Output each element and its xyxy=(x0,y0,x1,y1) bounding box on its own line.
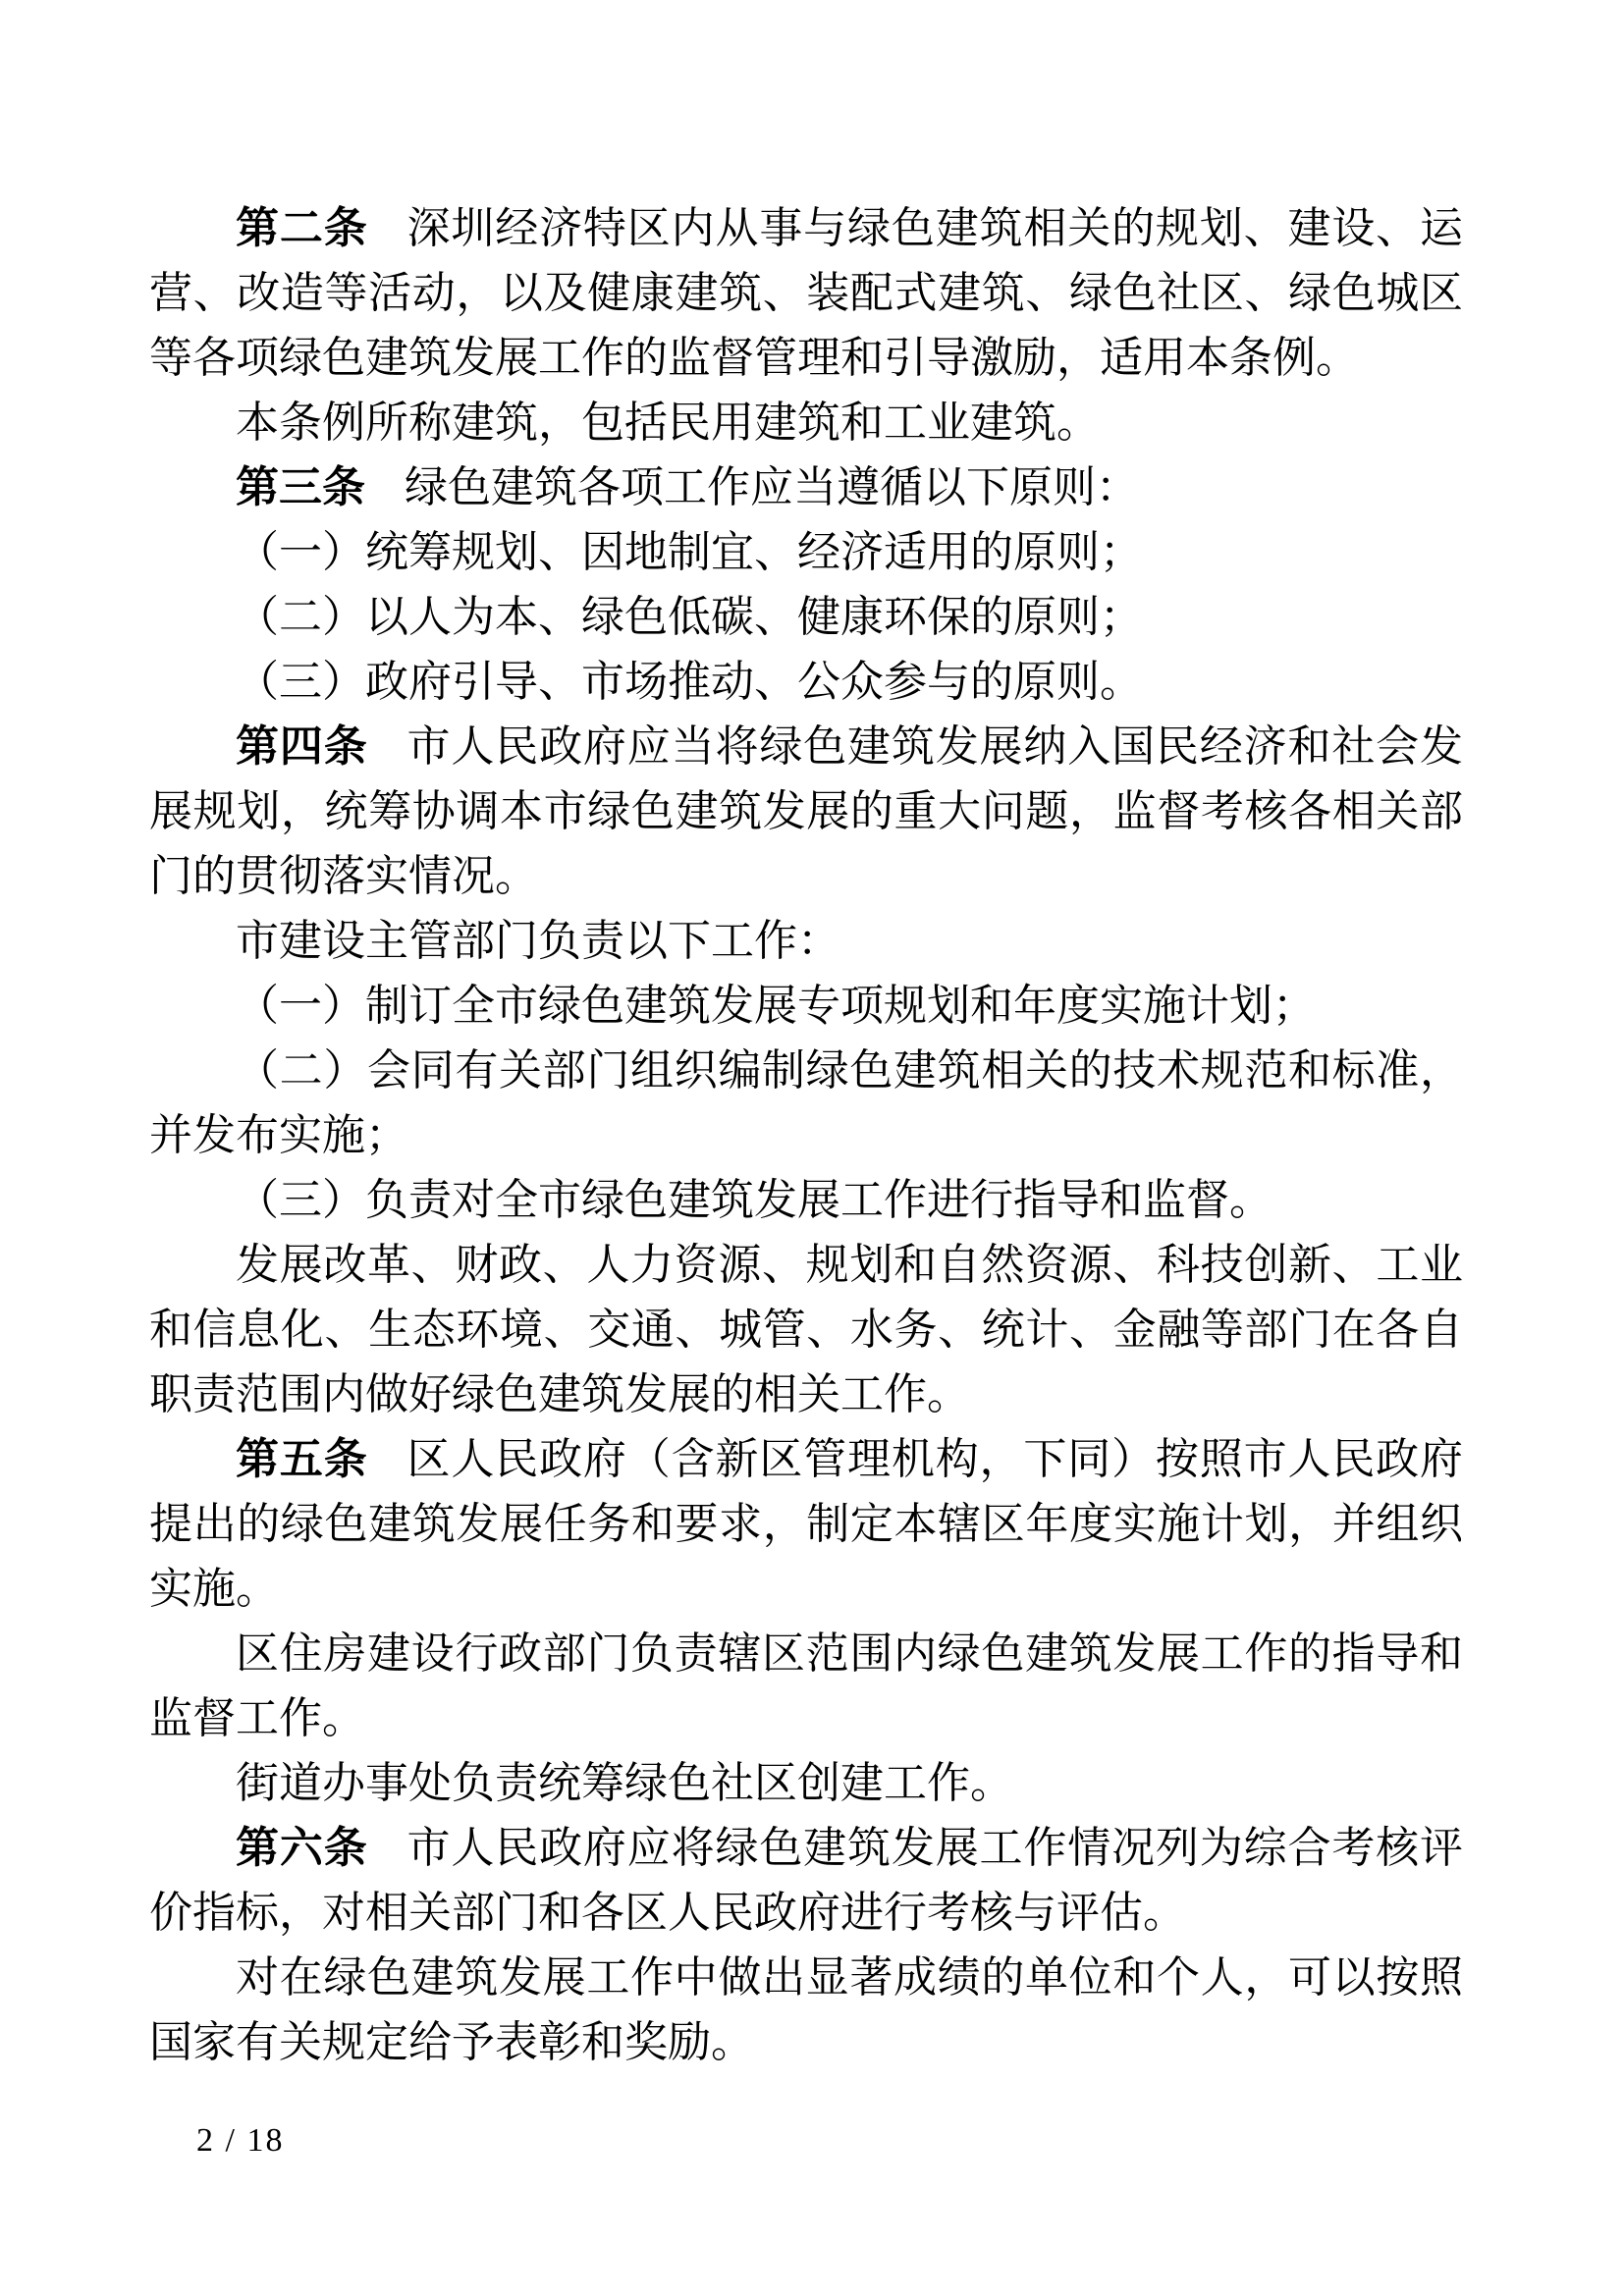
line-text: 发展改革、财政、人力资源、规划和自然资源、科技创新、工业 xyxy=(236,1241,1463,1289)
document-line: 市建设主管部门负责以下工作： xyxy=(149,909,1463,974)
document-line: 对在绿色建筑发展工作中做出显著成绩的单位和个人，可以按照 xyxy=(149,1946,1463,2010)
line-text: 展规划，统筹协调本市绿色建筑发展的重大问题，监督考核各相关部 xyxy=(149,787,1463,835)
document-line: 第二条深圳经济特区内从事与绿色建筑相关的规划、建设、运 xyxy=(149,196,1463,261)
line-text: 区人民政府（含新区管理机构，下同）按照市人民政府 xyxy=(407,1435,1463,1483)
document-line: 展规划，统筹协调本市绿色建筑发展的重大问题，监督考核各相关部 xyxy=(149,779,1463,844)
line-text: 街道办事处负责统筹绿色社区创建工作。 xyxy=(236,1759,1013,1807)
article-number: 第三条 xyxy=(236,463,365,511)
line-text: 职责范围内做好绿色建筑发展的相关工作。 xyxy=(149,1370,970,1418)
document-line: 国家有关规定给予表彰和奖励。 xyxy=(149,2010,1463,2075)
line-text: 实施。 xyxy=(149,1565,279,1613)
line-text: 营、改造等活动，以及健康建筑、装配式建筑、绿色社区、绿色城区 xyxy=(149,269,1463,317)
line-text: 和信息化、生态环境、交通、城管、水务、统计、金融等部门在各自 xyxy=(149,1306,1463,1354)
document-line: 门的贯彻落实情况。 xyxy=(149,844,1463,909)
document-line: 本条例所称建筑，包括民用建筑和工业建筑。 xyxy=(149,391,1463,455)
line-text: （二）会同有关部门组织编制绿色建筑相关的技术规范和标准， xyxy=(236,1046,1463,1095)
line-text: 市人民政府应当将绿色建筑发展纳入国民经济和社会发 xyxy=(407,722,1463,771)
document-page: 第二条深圳经济特区内从事与绿色建筑相关的规划、建设、运营、改造等活动，以及健康建… xyxy=(0,0,1624,2296)
article-number: 第四条 xyxy=(236,722,368,771)
document-line: （二）会同有关部门组织编制绿色建筑相关的技术规范和标准， xyxy=(149,1039,1463,1103)
line-text: （一）制订全市绿色建筑发展专项规划和年度实施计划； xyxy=(236,982,1316,1030)
document-line: 等各项绿色建筑发展工作的监督管理和引导激励，适用本条例。 xyxy=(149,326,1463,391)
document-line: 第四条市人民政府应当将绿色建筑发展纳入国民经济和社会发 xyxy=(149,715,1463,779)
line-text: 本条例所称建筑，包括民用建筑和工业建筑。 xyxy=(236,399,1100,447)
line-text: （二）以人为本、绿色低碳、健康环保的原则； xyxy=(236,593,1143,641)
line-text: （一）统筹规划、因地制宜、经济适用的原则； xyxy=(236,528,1143,576)
line-text: 市建设主管部门负责以下工作： xyxy=(236,917,840,965)
line-text: 区住房建设行政部门负责辖区范围内绿色建筑发展工作的指导和 xyxy=(236,1629,1463,1678)
document-line: 价指标，对相关部门和各区人民政府进行考核与评估。 xyxy=(149,1881,1463,1946)
document-line: 街道办事处负责统筹绿色社区创建工作。 xyxy=(149,1751,1463,1816)
document-line: 区住房建设行政部门负责辖区范围内绿色建筑发展工作的指导和 xyxy=(149,1622,1463,1686)
document-line: （三）负责对全市绿色建筑发展工作进行指导和监督。 xyxy=(149,1168,1463,1233)
document-line: 和信息化、生态环境、交通、城管、水务、统计、金融等部门在各自 xyxy=(149,1298,1463,1362)
line-text: 并发布实施； xyxy=(149,1111,408,1159)
document-line: 第三条绿色建筑各项工作应当遵循以下原则： xyxy=(149,455,1463,520)
article-number: 第二条 xyxy=(236,204,368,252)
line-text: 绿色建筑各项工作应当遵循以下原则： xyxy=(405,463,1139,511)
line-text: 对在绿色建筑发展工作中做出显著成绩的单位和个人，可以按照 xyxy=(236,1953,1463,2002)
line-text: 门的贯彻落实情况。 xyxy=(149,852,538,900)
document-line: 实施。 xyxy=(149,1557,1463,1622)
document-line: 营、改造等活动，以及健康建筑、装配式建筑、绿色社区、绿色城区 xyxy=(149,261,1463,326)
line-text: 深圳经济特区内从事与绿色建筑相关的规划、建设、运 xyxy=(407,204,1463,252)
line-text: 监督工作。 xyxy=(149,1694,365,1742)
document-line: 提出的绿色建筑发展任务和要求，制定本辖区年度实施计划，并组织 xyxy=(149,1492,1463,1557)
document-line: （一）制订全市绿色建筑发展专项规划和年度实施计划； xyxy=(149,974,1463,1039)
document-line: 第五条区人民政府（含新区管理机构，下同）按照市人民政府 xyxy=(149,1427,1463,1492)
article-number: 第五条 xyxy=(236,1435,368,1483)
line-text: 提出的绿色建筑发展任务和要求，制定本辖区年度实施计划，并组织 xyxy=(149,1500,1463,1548)
document-line: 第六条市人民政府应将绿色建筑发展工作情况列为综合考核评 xyxy=(149,1816,1463,1881)
document-line: 并发布实施； xyxy=(149,1103,1463,1168)
document-line: （二）以人为本、绿色低碳、健康环保的原则； xyxy=(149,585,1463,650)
line-text: 价指标，对相关部门和各区人民政府进行考核与评估。 xyxy=(149,1889,1186,1937)
document-line: （三）政府引导、市场推动、公众参与的原则。 xyxy=(149,650,1463,715)
article-number: 第六条 xyxy=(236,1824,368,1872)
line-text: 等各项绿色建筑发展工作的监督管理和引导激励，适用本条例。 xyxy=(149,334,1359,382)
document-line: 发展改革、财政、人力资源、规划和自然资源、科技创新、工业 xyxy=(149,1233,1463,1298)
line-text: （三）负责对全市绿色建筑发展工作进行指导和监督。 xyxy=(236,1176,1272,1224)
line-text: 市人民政府应将绿色建筑发展工作情况列为综合考核评 xyxy=(407,1824,1463,1872)
document-line: 职责范围内做好绿色建筑发展的相关工作。 xyxy=(149,1362,1463,1427)
document-line: （一）统筹规划、因地制宜、经济适用的原则； xyxy=(149,520,1463,585)
document-body: 第二条深圳经济特区内从事与绿色建筑相关的规划、建设、运营、改造等活动，以及健康建… xyxy=(149,196,1463,2075)
page-number: 2 / 18 xyxy=(196,2120,284,2162)
line-text: （三）政府引导、市场推动、公众参与的原则。 xyxy=(236,658,1143,706)
line-text: 国家有关规定给予表彰和奖励。 xyxy=(149,2018,754,2066)
document-line: 监督工作。 xyxy=(149,1686,1463,1751)
